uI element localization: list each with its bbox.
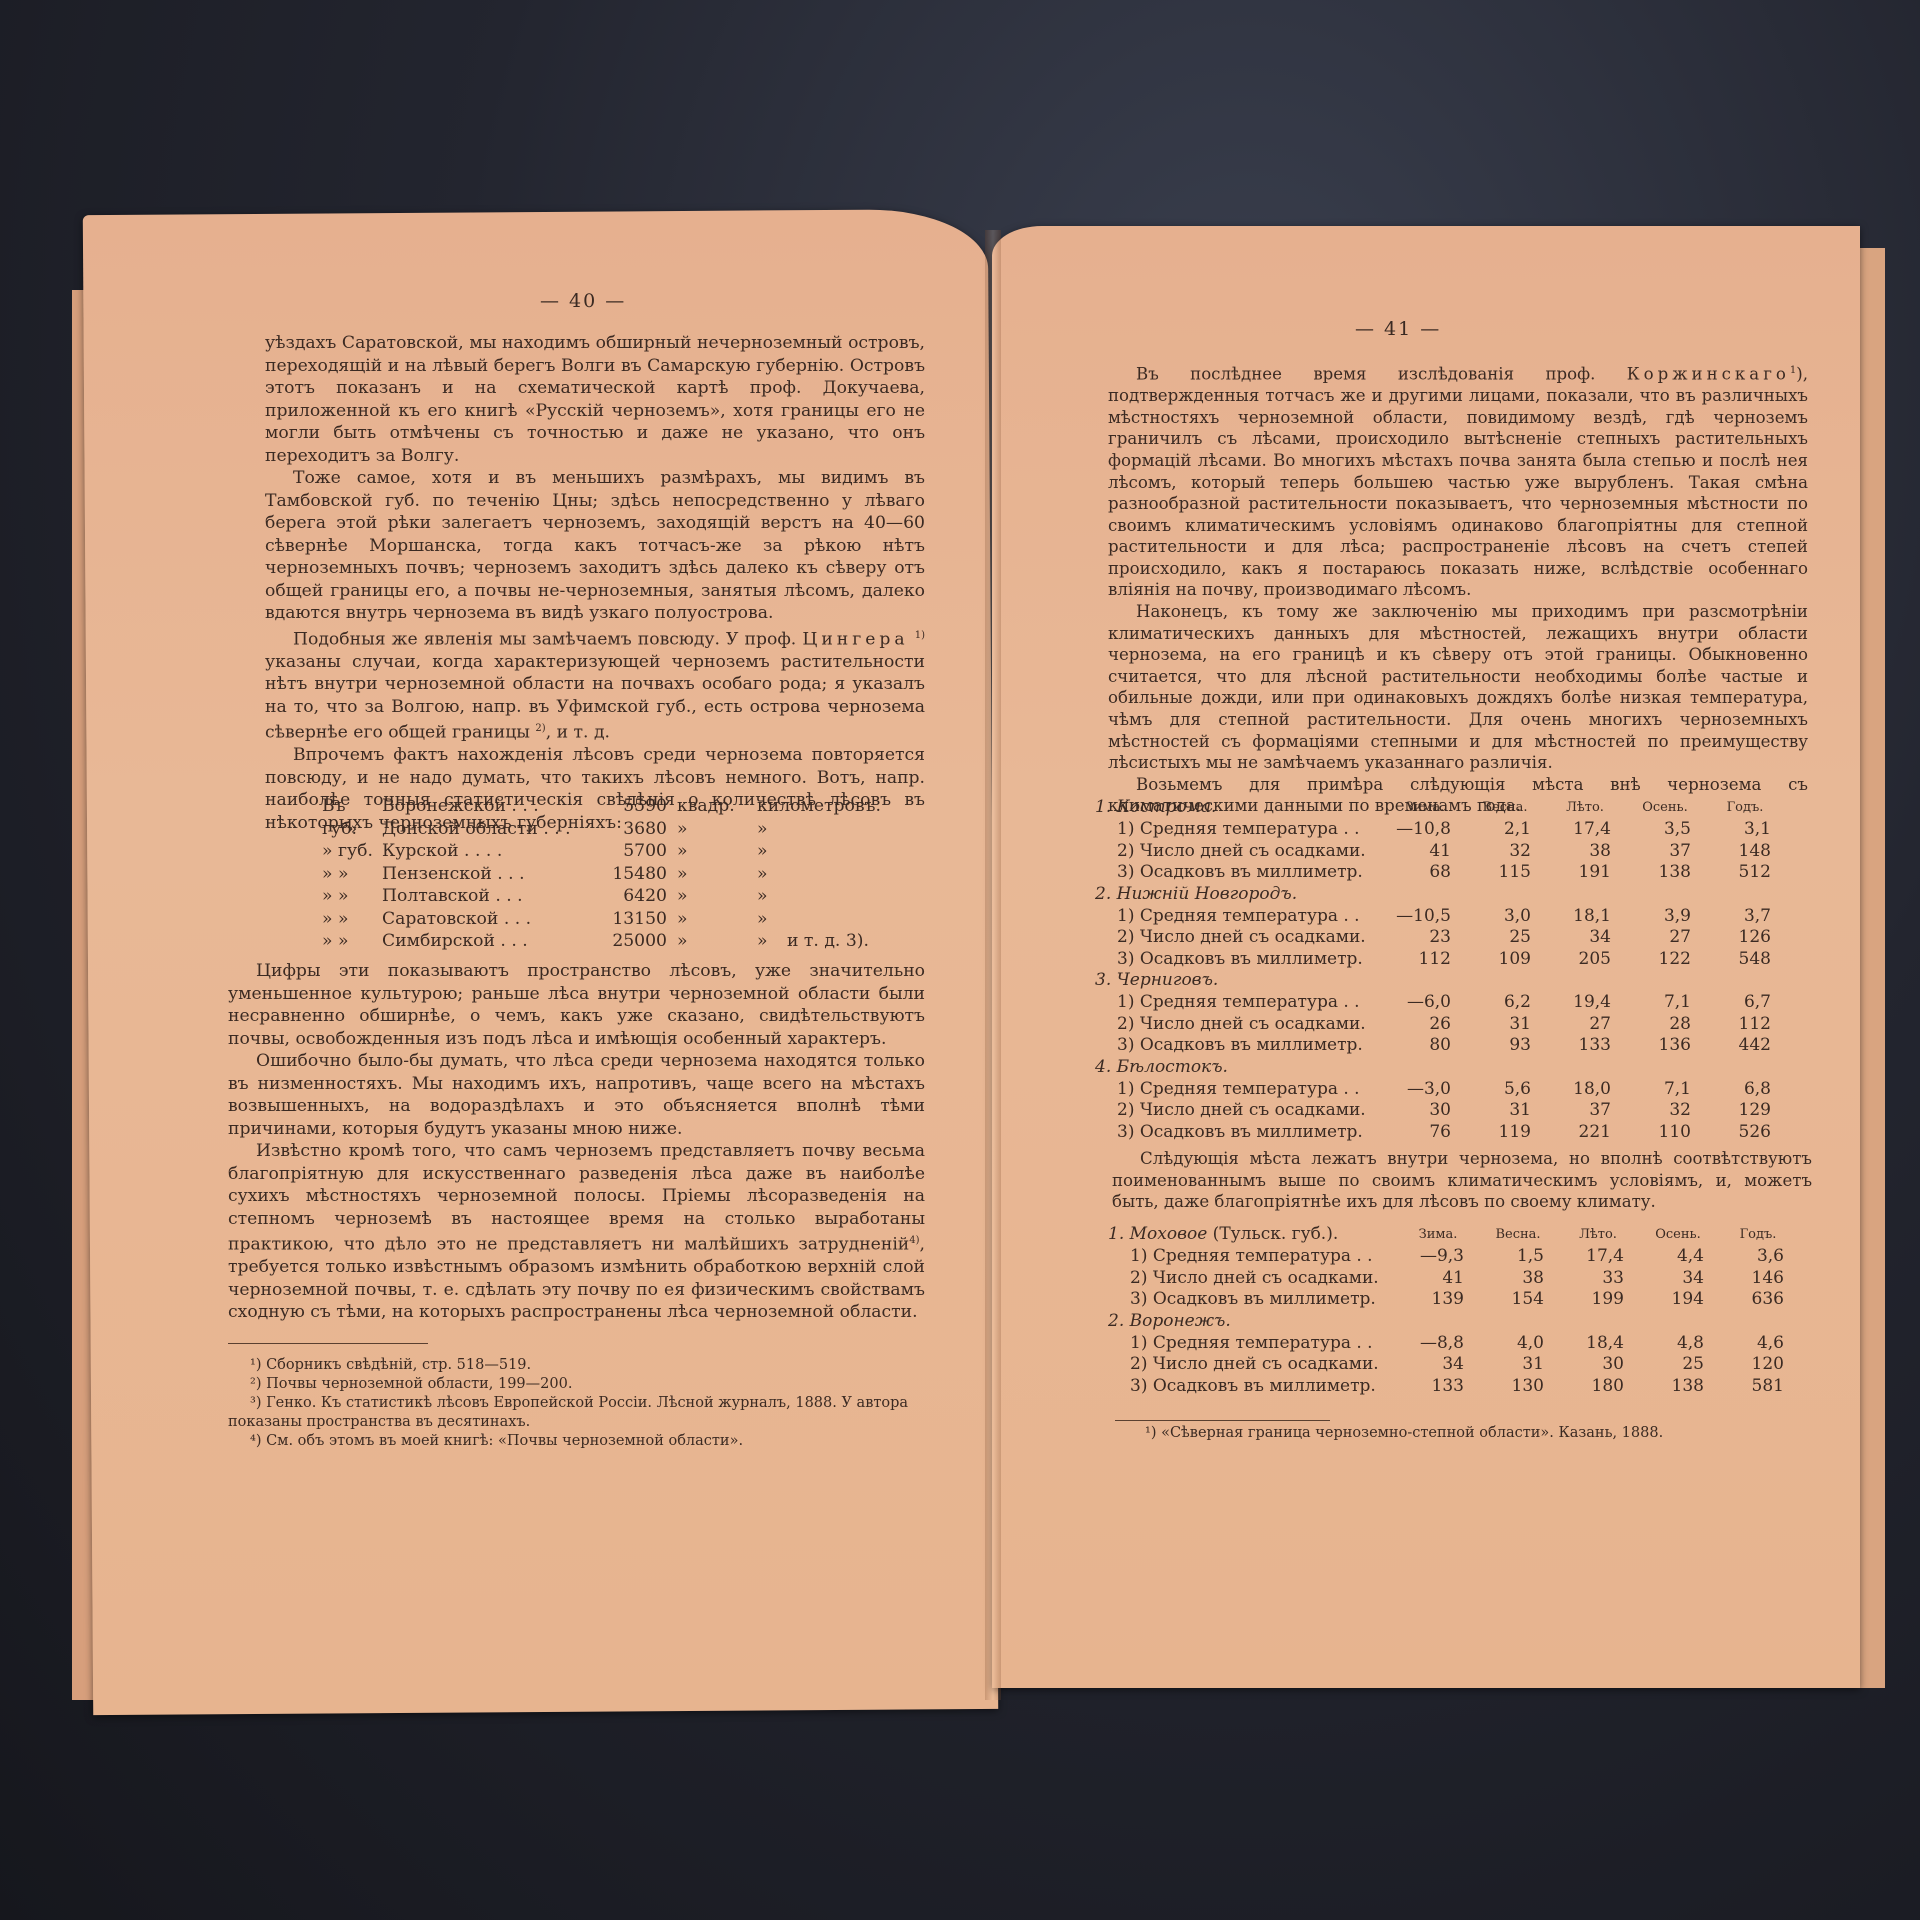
table-row: 1) Средняя температура . .—10,53,018,13,…	[1095, 906, 1795, 928]
left-page-body-bottom: Цифры эти показываютъ пространство лѣсов…	[228, 960, 925, 1324]
table-header: 1. Моховое (Тульск. губ.).Зима.Весна.Лѣт…	[1108, 1224, 1818, 1246]
left-footnotes: ¹) Сборникъ свѣдѣній, стр. 518—519. ²) П…	[228, 1356, 925, 1451]
page-number-right: — 41 —	[1355, 318, 1441, 340]
table-row: Въ губ.Воронежской . . .5590квадр.киломе…	[322, 795, 922, 818]
book-gutter	[985, 230, 1001, 1700]
footnote-divider	[228, 1343, 428, 1344]
table-row: 3) Осадковъ въ миллиметр.139154199194636	[1108, 1289, 1818, 1311]
table-row: 1) Средняя температура . .—10,82,117,43,…	[1095, 819, 1795, 841]
table-row: 3) Осадковъ въ миллиметр.112109205122548	[1095, 949, 1795, 971]
page-number-left: — 40 —	[540, 290, 626, 312]
table-group-header: 3. Черниговъ.	[1095, 970, 1795, 992]
forest-area-table: Въ губ.Воронежской . . .5590квадр.киломе…	[322, 795, 922, 953]
author-name: Цингера	[802, 629, 908, 649]
right-footnote: ¹) «Сѣверная граница черноземно-степной …	[1145, 1424, 1805, 1443]
table-row: 3) Осадковъ въ миллиметр.68115191138512	[1095, 862, 1795, 884]
paragraph: Ошибочно было-бы думать, что лѣса среди …	[228, 1050, 925, 1140]
table-row: 2) Число дней съ осадками.41383334146	[1108, 1268, 1818, 1290]
right-page-body: Въ послѣднее время изслѣдованія проф. Ко…	[1108, 360, 1808, 817]
table-row: 3) Осадковъ въ миллиметр.76119221110526	[1095, 1122, 1795, 1144]
footnote-divider	[1115, 1420, 1330, 1421]
table-row: » »Полтавской . . .6420»»	[322, 885, 922, 908]
table-row: » »Саратовской . . .13150»»	[322, 908, 922, 931]
table-row: » »Симбирской . . .25000»»и т. д. 3).	[322, 930, 922, 953]
climate-table-outside: 1. Кострома.Зима.Весна.Лѣто.Осень.Годъ. …	[1095, 797, 1795, 1143]
paragraph: Тоже самое, хотя и въ меньшихъ размѣрахъ…	[265, 467, 925, 625]
table-row: 3) Осадковъ въ миллиметр.8093133136442	[1095, 1035, 1795, 1057]
author-name: Коржинскаго	[1627, 365, 1790, 384]
table-row: » губ.Курской . . . .5700»»	[322, 840, 922, 863]
paragraph: Извѣстно кромѣ того, что самъ черноземъ …	[228, 1140, 925, 1324]
table-row: 3) Осадковъ въ миллиметр.133130180138581	[1108, 1376, 1818, 1398]
table-row: »Донской области . . .3680»»	[322, 818, 922, 841]
table-row: 1) Средняя температура . .—6,06,219,47,1…	[1095, 992, 1795, 1014]
paragraph: Наконецъ, къ тому же заключенію мы прихо…	[1108, 601, 1808, 774]
footnote: ³) Генко. Къ статистикѣ лѣсовъ Европейск…	[228, 1394, 925, 1432]
table-row: 2) Число дней съ осадками.23253427126	[1095, 927, 1795, 949]
table-row: 1) Средняя температура . .—8,84,018,44,8…	[1108, 1333, 1818, 1355]
table-row: 2) Число дней съ осадками.41323837148	[1095, 841, 1795, 863]
paragraph: уѣздахъ Саратовской, мы находимъ обширны…	[265, 332, 925, 467]
table-group-header: 2. Нижній Новгородъ.	[1095, 884, 1795, 906]
table-row: 2) Число дней съ осадками.30313732129	[1095, 1100, 1795, 1122]
table-header: 1. Кострома.Зима.Весна.Лѣто.Осень.Годъ.	[1095, 797, 1795, 819]
left-page-body-top: уѣздахъ Саратовской, мы находимъ обширны…	[265, 332, 925, 834]
paragraph: Подобныя же явленія мы замѣчаемъ повсюду…	[265, 625, 925, 745]
footnote: ⁴) См. объ этомъ въ моей книгѣ: «Почвы ч…	[228, 1432, 925, 1451]
table-row: 1) Средняя температура . .—9,31,517,44,4…	[1108, 1246, 1818, 1268]
climate-table-inside: 1. Моховое (Тульск. губ.).Зима.Весна.Лѣт…	[1108, 1224, 1818, 1397]
footnote: ¹) Сборникъ свѣдѣній, стр. 518—519.	[228, 1356, 925, 1375]
table-group-header: 2. Воронежъ.	[1108, 1311, 1818, 1333]
paragraph: Цифры эти показываютъ пространство лѣсов…	[228, 960, 925, 1050]
table-group-header: 4. Бѣлостокъ.	[1095, 1057, 1795, 1079]
footnote-ref: 1)	[915, 630, 925, 641]
table-row: 2) Число дней съ осадками.26312728112	[1095, 1014, 1795, 1036]
paragraph: Въ послѣднее время изслѣдованія проф. Ко…	[1108, 360, 1808, 601]
table-row: 1) Средняя температура . .—3,05,618,07,1…	[1095, 1079, 1795, 1101]
footnote-ref: 2)	[535, 723, 545, 734]
right-page-body-middle: Слѣдующія мѣста лежатъ внутри чернозема,…	[1112, 1148, 1812, 1213]
footnote: ²) Почвы черноземной области, 199—200.	[228, 1375, 925, 1394]
table-row: 2) Число дней съ осадками.34313025120	[1108, 1354, 1818, 1376]
table-row: » »Пензенской . . .15480»»	[322, 863, 922, 886]
footnote-ref: 4)	[909, 1235, 919, 1246]
paragraph: Слѣдующія мѣста лежатъ внутри чернозема,…	[1112, 1148, 1812, 1213]
